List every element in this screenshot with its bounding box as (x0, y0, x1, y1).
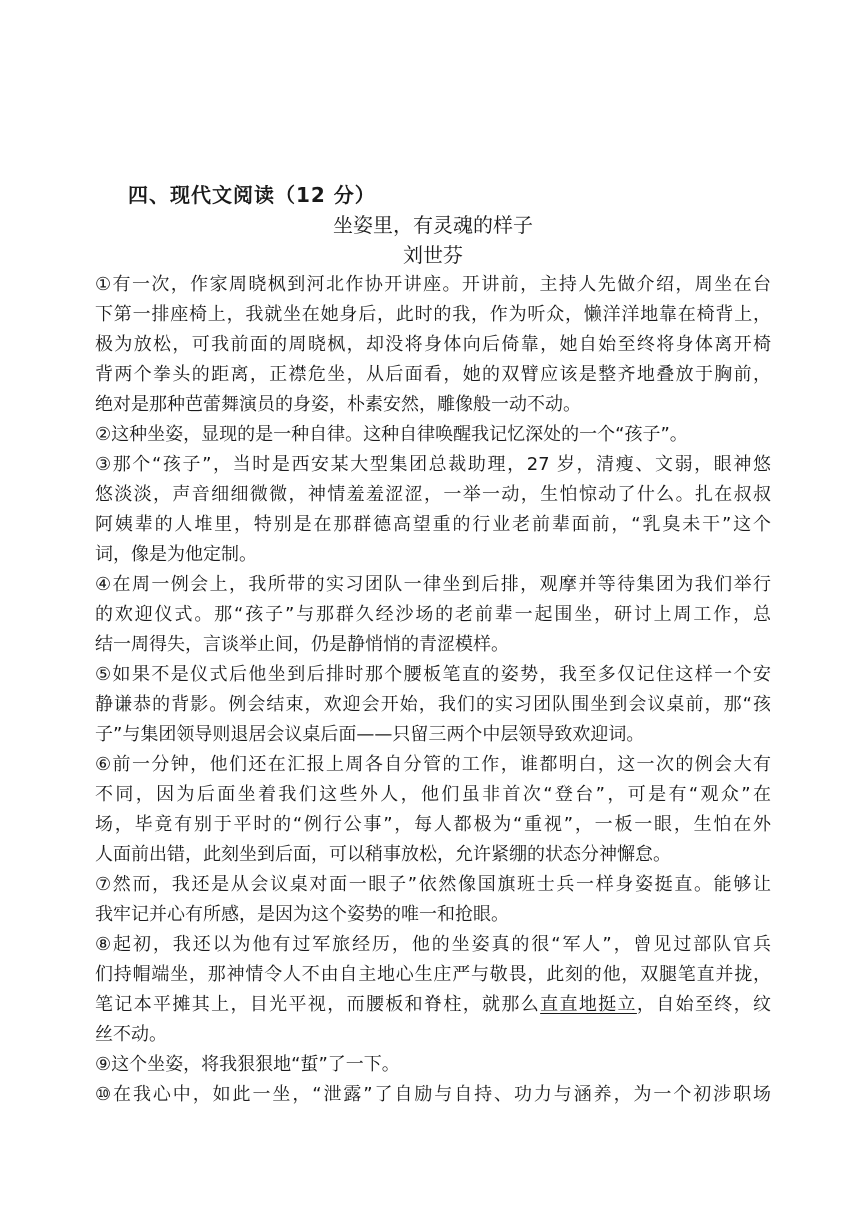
text-line: ⑥前一分钟，他们还在汇报上周各自分管的工作，谁都明白，这一次的例会大有 (95, 750, 771, 780)
text-line: ④在周一例会上，我所带的实习团队一律坐到后排，观摩并等待集团为我们举行 (95, 570, 771, 600)
text-line: 场，毕竟有别于平时的“例行公事”，每人都极为“重视”，一板一眼，生怕在外 (95, 810, 771, 840)
page-content: 四、现代文阅读（12 分） 坐姿里，有灵魂的样子 刘世芬 ①有一次，作家周晓枫到… (95, 181, 771, 1110)
paragraph-1: ①有一次，作家周晓枫到河北作协开讲座。开讲前，主持人先做介绍，周坐在台 下第一排… (95, 270, 771, 420)
text-line: ⑦然而，我还是从会议桌对面一眼子”依然像国旗班士兵一样身姿挺直。能够让 (95, 870, 771, 900)
paragraph-8: ⑧起初，我还以为他有过军旅经历，他的坐姿真的很“军人”，曾见过部队官兵 们持帽端… (95, 930, 771, 1050)
text-line: 悠淡淡，声音细细微微，神情羞羞涩涩，一举一动，生怕惊动了什么。扎在叔叔 (95, 480, 771, 510)
text-line: 下第一排座椅上，我就坐在她身后，此时的我，作为听众，懒洋洋地靠在椅背上， (95, 300, 771, 330)
section-heading: 四、现代文阅读（12 分） (128, 181, 771, 209)
text-line: 我牢记并心有所感，是因为这个姿势的唯一和抢眼。 (95, 900, 771, 930)
text-line: 背两个拳头的距离，正襟危坐，从后面看，她的双臂应该是整齐地叠放于胸前， (95, 360, 771, 390)
document-page: 四、现代文阅读（12 分） 坐姿里，有灵魂的样子 刘世芬 ①有一次，作家周晓枫到… (0, 0, 860, 1216)
line-segment: ，自始至终，纹 (637, 994, 771, 1015)
text-line: ②这种坐姿，显现的是一种自律。这种自律唤醒我记忆深处的一个“孩子”。 (95, 420, 771, 450)
text-line: 丝不动。 (95, 1020, 771, 1050)
article-body: ①有一次，作家周晓枫到河北作协开讲座。开讲前，主持人先做介绍，周坐在台 下第一排… (95, 270, 771, 1110)
text-line: ⑧起初，我还以为他有过军旅经历，他的坐姿真的很“军人”，曾见过部队官兵 (95, 930, 771, 960)
text-line: ⑩在我心中，如此一坐，“泄露”了自励与自持、功力与涵养，为一个初涉职场 (95, 1080, 771, 1110)
text-line: 词，像是为他定制。 (95, 540, 771, 570)
text-line: ⑨这个坐姿，将我狠狠地“蜇”了一下。 (95, 1050, 771, 1080)
text-line: 结一周得失，言谈举止间，仍是静悄悄的青涩模样。 (95, 630, 771, 660)
text-line: ①有一次，作家周晓枫到河北作协开讲座。开讲前，主持人先做介绍，周坐在台 (95, 270, 771, 300)
paragraph-6: ⑥前一分钟，他们还在汇报上周各自分管的工作，谁都明白，这一次的例会大有 不同，因… (95, 750, 771, 870)
paragraph-9: ⑨这个坐姿，将我狠狠地“蜇”了一下。 (95, 1050, 771, 1080)
underlined-phrase: 直直地挺立 (540, 994, 637, 1015)
text-line: 静谦恭的背影。例会结束，欢迎会开始，我们的实习团队围坐到会议桌前，那“孩 (95, 690, 771, 720)
text-line: 阿姨辈的人堆里，特别是在那群德高望重的行业老前辈面前，“乳臭未干”这个 (95, 510, 771, 540)
text-line: 极为放松，可我前面的周晓枫，却没将身体向后倚靠，她自始至终将身体离开椅 (95, 330, 771, 360)
text-line: 子”与集团领导则退居会议桌后面——只留三两个中层领导致欢迎词。 (95, 720, 771, 750)
text-line: 人面前出错，此刻坐到后面，可以稍事放松，允许紧绷的状态分神懈怠。 (95, 840, 771, 870)
paragraph-10: ⑩在我心中，如此一坐，“泄露”了自励与自持、功力与涵养，为一个初涉职场 (95, 1080, 771, 1110)
line-segment: 笔记本平摊其上，目光平视，而腰板和脊柱，就那么 (95, 994, 540, 1015)
paragraph-7: ⑦然而，我还是从会议桌对面一眼子”依然像国旗班士兵一样身姿挺直。能够让 我牢记并… (95, 870, 771, 930)
paragraph-5: ⑤如果不是仪式后他坐到后排时那个腰板笔直的姿势，我至多仅记住这样一个安 静谦恭的… (95, 660, 771, 750)
text-line: 们持帽端坐，那神情令人不由自主地心生庄严与敬畏，此刻的他，双腿笔直并拢， (95, 960, 771, 990)
text-line: 绝对是那种芭蕾舞演员的身姿，朴素安然，雕像般一动不动。 (95, 390, 771, 420)
text-line: ③那个“孩子”，当时是西安某大型集团总裁助理，27 岁，清瘦、文弱，眼神悠 (95, 450, 771, 480)
article-title: 坐姿里，有灵魂的样子 (95, 209, 771, 242)
text-line: ⑤如果不是仪式后他坐到后排时那个腰板笔直的姿势，我至多仅记住这样一个安 (95, 660, 771, 690)
paragraph-4: ④在周一例会上，我所带的实习团队一律坐到后排，观摩并等待集团为我们举行 的欢迎仪… (95, 570, 771, 660)
article-author: 刘世芬 (95, 242, 771, 269)
text-line: 的欢迎仪式。那“孩子”与那群久经沙场的老前辈一起围坐，研讨上周工作，总 (95, 600, 771, 630)
paragraph-2: ②这种坐姿，显现的是一种自律。这种自律唤醒我记忆深处的一个“孩子”。 (95, 420, 771, 450)
text-line: 不同，因为后面坐着我们这些外人，他们虽非首次“登台”，可是有“观众”在 (95, 780, 771, 810)
paragraph-3: ③那个“孩子”，当时是西安某大型集团总裁助理，27 岁，清瘦、文弱，眼神悠 悠淡… (95, 450, 771, 570)
text-line: 笔记本平摊其上，目光平视，而腰板和脊柱，就那么直直地挺立，自始至终，纹 (95, 990, 771, 1020)
